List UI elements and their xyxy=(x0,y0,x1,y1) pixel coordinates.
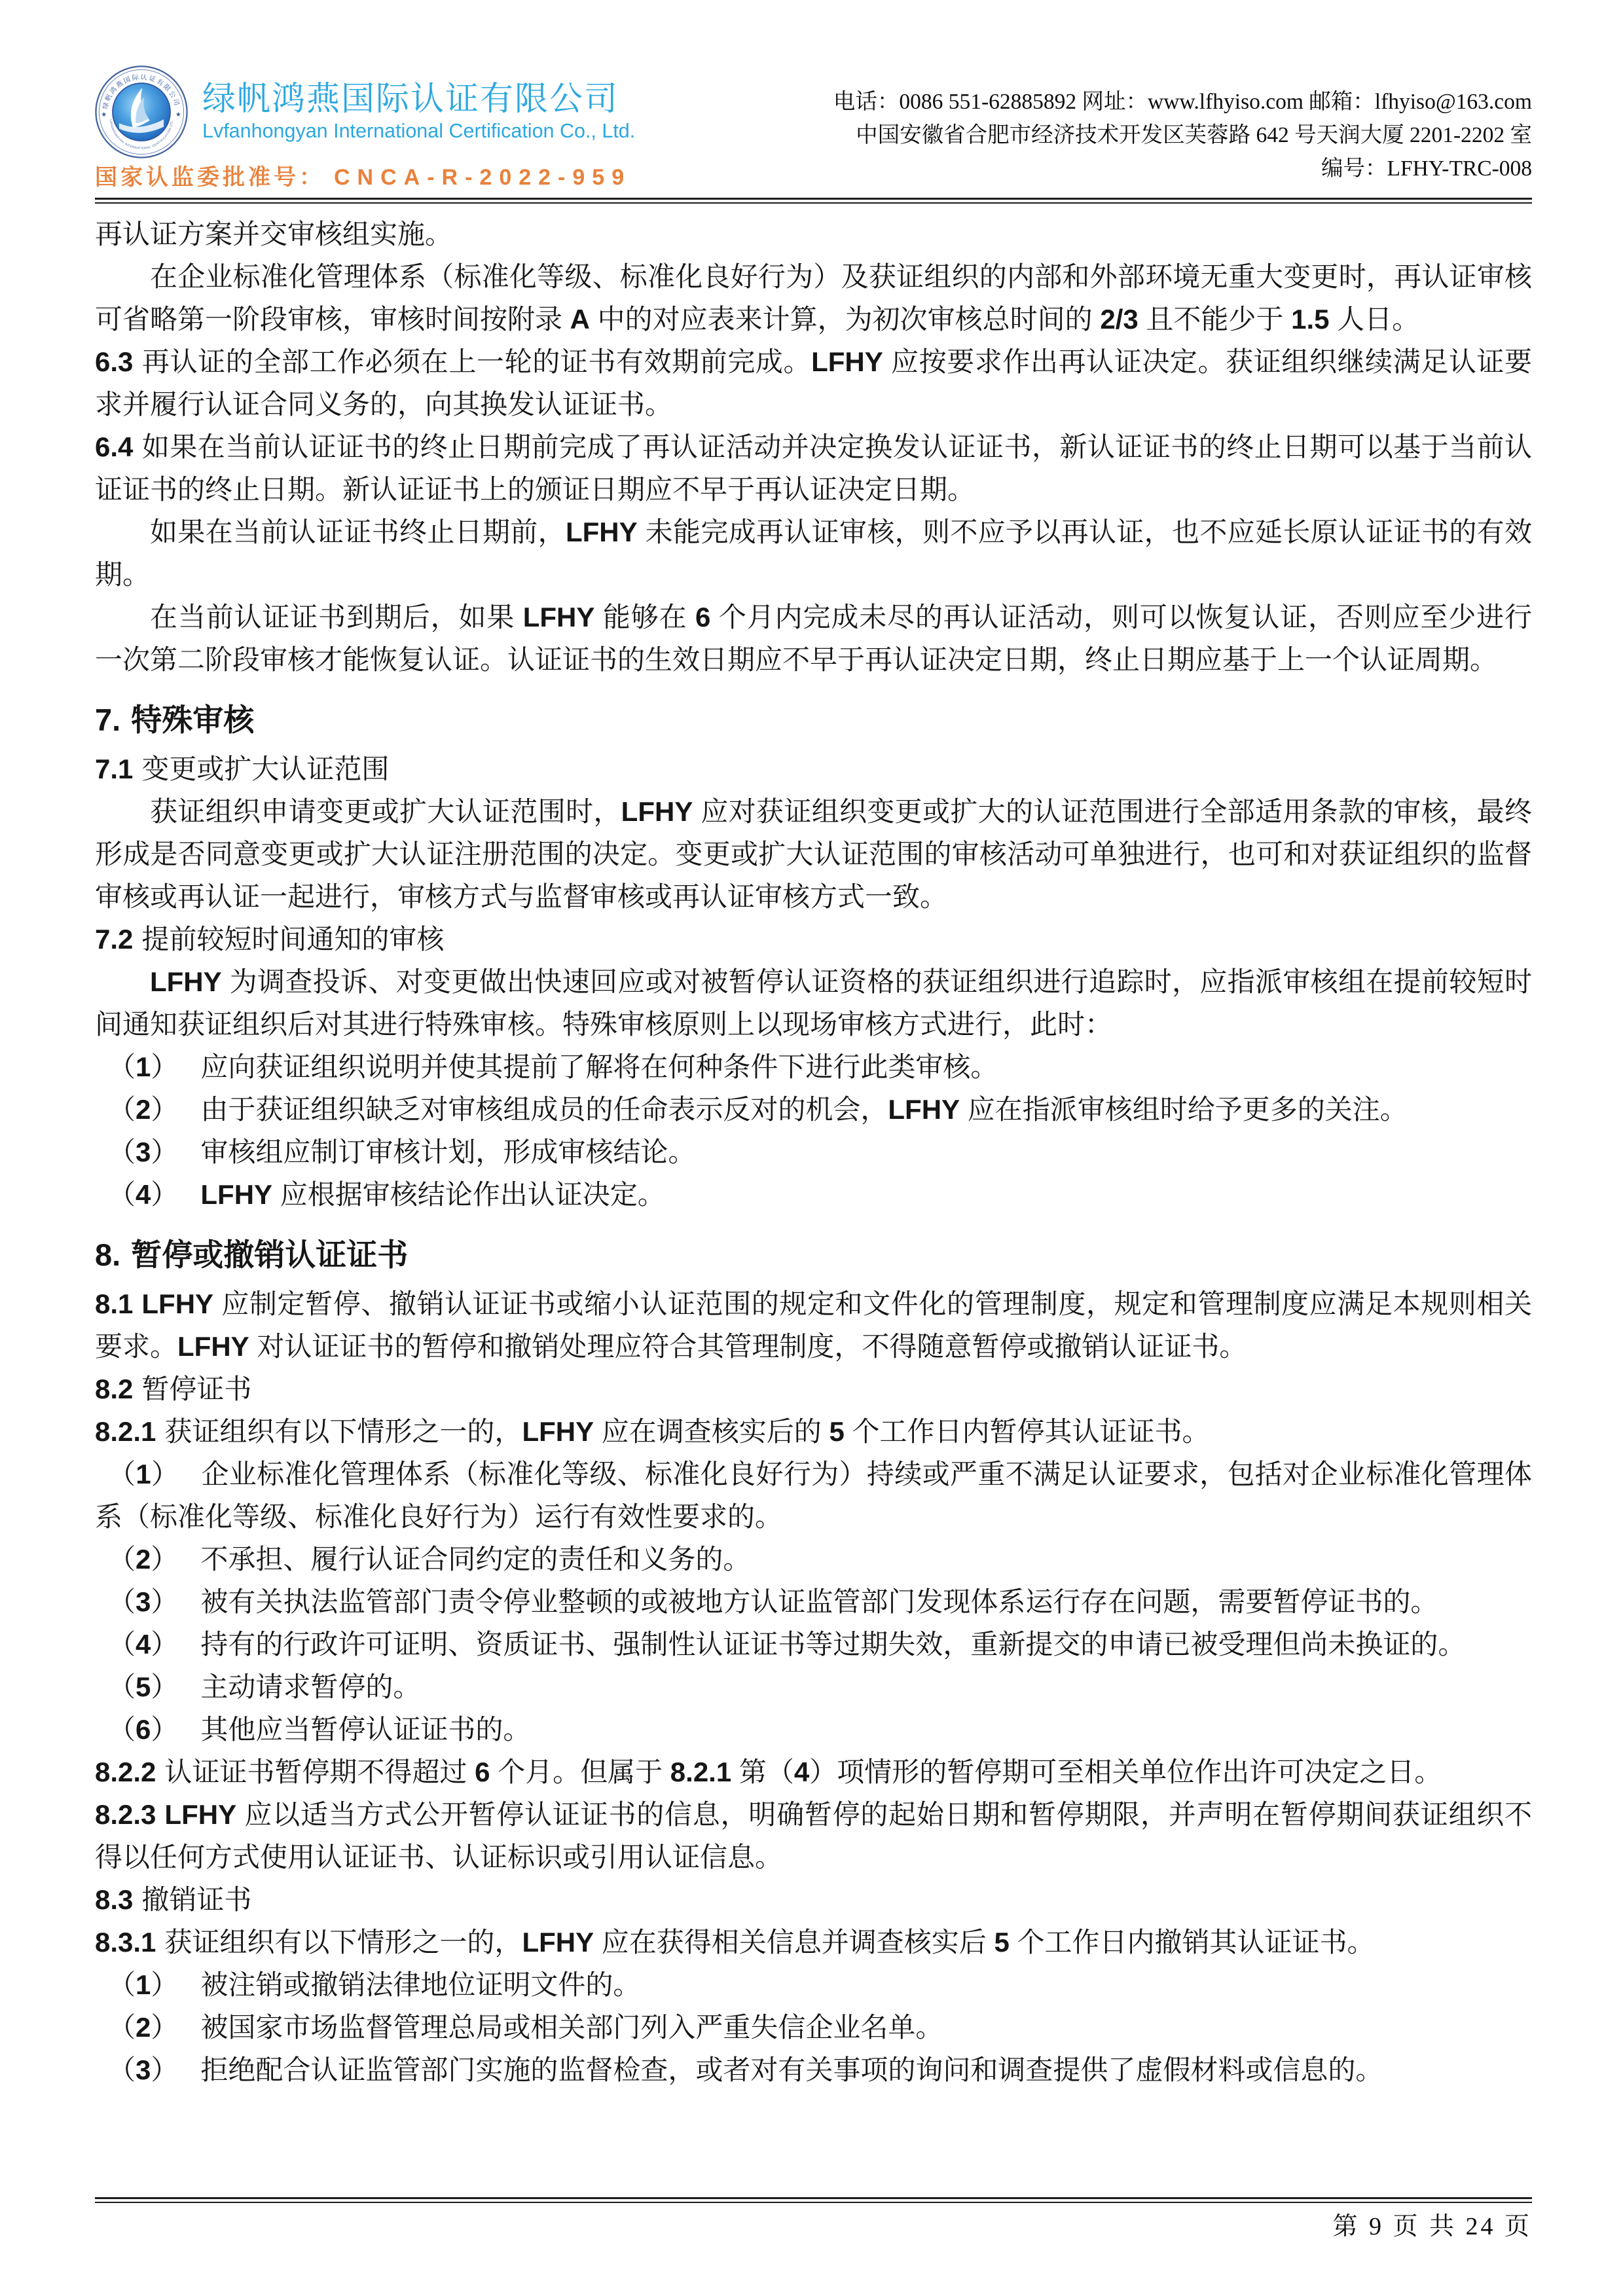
latin-run: 2/3 xyxy=(1100,304,1138,335)
latin-run: LFHY xyxy=(566,517,638,547)
list-marker: （1） xyxy=(108,1051,178,1082)
latin-run: 8.2.2 xyxy=(95,1757,156,1787)
company-name-cn: 绿帆鸿燕国际认证有限公司 xyxy=(202,80,635,118)
latin-run: 6 xyxy=(475,1757,490,1787)
latin-run: 5 xyxy=(829,1416,844,1447)
latin-run: 5 xyxy=(136,1671,151,1702)
clause-number: 8.2.3 xyxy=(95,1799,156,1830)
list-item: （5）主动请求暂停的。 xyxy=(95,1666,1532,1708)
paragraph-text: 主动请求暂停的。 xyxy=(200,1671,420,1702)
latin-run: 8.3.1 xyxy=(95,1927,156,1958)
paragraph-text: 暂停或撤销认证证书 xyxy=(131,1237,408,1272)
clause-number: 8.1 xyxy=(95,1288,133,1319)
paragraph-text: 审核组应制订审核计划，形成审核结论。 xyxy=(200,1137,695,1167)
address-line: 中国安徽省合肥市经济技术开发区芙蓉路 642 号天润大厦 2201-2202 室 xyxy=(833,118,1532,152)
paragraph: 在企业标准化管理体系（标准化等级、标准化良好行为）及获证组织的内部和外部环境无重… xyxy=(95,255,1532,340)
latin-run: 1 xyxy=(136,1051,151,1082)
latin-run: 7.1 xyxy=(95,754,133,784)
latin-run: LFHY xyxy=(523,602,595,632)
clause-number: 8.2.1 xyxy=(95,1416,156,1447)
latin-run: 2 xyxy=(136,1544,151,1575)
list-marker: （3） xyxy=(108,2054,178,2085)
company-logo: 绿帆鸿燕国际认证有限公司 LVFANHONGYAN INTERNATIONAL … xyxy=(95,65,188,158)
approval-number: CNCA-R-2022-959 xyxy=(334,165,631,190)
list-marker: （4） xyxy=(108,1179,178,1210)
list-marker: （5） xyxy=(108,1671,178,1702)
list-item: （2）由于获证组织缺乏对审核组成员的任命表示反对的机会，LFHY 应在指派审核组… xyxy=(95,1088,1532,1131)
paragraph: 8.2.2认证证书暂停期不得超过 6 个月。但属于 8.2.1 第（4）项情形的… xyxy=(95,1751,1532,1793)
latin-run: LFHY xyxy=(164,1799,236,1830)
latin-run: LFHY xyxy=(522,1416,594,1447)
latin-run: 2 xyxy=(136,1094,151,1125)
paragraph: 6.4如果在当前认证证书的终止日期前完成了再认证活动并决定换发认证证书，新认证证… xyxy=(95,426,1532,511)
clause-number: 8. xyxy=(95,1237,120,1272)
paragraph: 8.3.1获证组织有以下情形之一的，LFHY 应在获得相关信息并调查核实后 5 … xyxy=(95,1921,1532,1963)
paragraph-text: 提前较短时间通知的审核 xyxy=(141,924,444,955)
paragraph: 在当前认证证书到期后，如果 LFHY 能够在 6 个月内完成未尽的再认证活动，则… xyxy=(95,596,1532,681)
list-item: （2）被国家市场监督管理总局或相关部门列入严重失信企业名单。 xyxy=(95,2006,1532,2049)
footer-rule xyxy=(95,2197,1532,2203)
section-heading: 8.暂停或撤销认证证书 xyxy=(95,1231,1532,1279)
latin-run: LFHY xyxy=(621,796,693,827)
contact-block: 电话：0086 551-62885892 网址：www.lfhyiso.com … xyxy=(833,85,1532,185)
paragraph: 8.1LFHY 应制定暂停、撤销认证证书或缩小认证范围的规定和文件化的管理制度，… xyxy=(95,1283,1532,1368)
latin-run: 1.5 xyxy=(1291,304,1329,335)
paragraph-text: 再认证方案并交审核组实施。 xyxy=(95,219,452,249)
paragraph: 8.2.1获证组织有以下情形之一的，LFHY 应在调查核实后的 5 个工作日内暂… xyxy=(95,1410,1532,1453)
paragraph-text: 被国家市场监督管理总局或相关部门列入严重失信企业名单。 xyxy=(200,2012,943,2043)
latin-run: LFHY xyxy=(150,966,222,997)
globe-sail-badge-icon: 绿帆鸿燕国际认证有限公司 LVFANHONGYAN INTERNATIONAL … xyxy=(95,65,188,158)
paragraph: 8.2暂停证书 xyxy=(95,1368,1532,1410)
latin-run: 3 xyxy=(136,1586,151,1617)
paragraph-text: 暂停证书 xyxy=(141,1374,251,1404)
section-heading: 7.特殊审核 xyxy=(95,697,1532,744)
list-marker: （1） xyxy=(108,1459,179,1489)
latin-run: LFHY xyxy=(811,346,883,377)
header-rule xyxy=(95,198,1532,204)
paragraph-text: 特殊审核 xyxy=(131,702,254,737)
approval-number-line: 国家认监委批准号：CNCA-R-2022-959 xyxy=(95,164,635,191)
clause-number: 8.2 xyxy=(95,1374,133,1404)
paragraph-text: 如果在当前认证证书的终止日期前完成了再认证活动并决定换发认证证书，新认证证书的终… xyxy=(95,431,1532,505)
list-marker: （2） xyxy=(108,2012,178,2043)
paragraph-text: 被注销或撤销法律地位证明文件的。 xyxy=(200,1969,640,2000)
paragraph-text: 变更或扩大认证范围 xyxy=(141,754,389,784)
latin-run: 8.2 xyxy=(95,1374,133,1404)
clause-number: 7.2 xyxy=(95,924,133,955)
document-page: 绿帆鸿燕国际认证有限公司 LVFANHONGYAN INTERNATIONAL … xyxy=(0,0,1623,2296)
list-marker: （2） xyxy=(108,1544,178,1575)
paragraph-text: 在企业标准化管理体系（标准化等级、标准化良好行为）及获证组织的内部和外部环境无重… xyxy=(95,261,1532,335)
latin-run: 8.2.1 xyxy=(95,1416,156,1447)
list-item: （4）LFHY 应根据审核结论作出认证决定。 xyxy=(95,1173,1532,1216)
paragraph-text: 不承担、履行认证合同约定的责任和义务的。 xyxy=(200,1544,750,1575)
clause-number: 8.2.2 xyxy=(95,1757,156,1787)
clause-number: 7.1 xyxy=(95,754,133,784)
latin-run: 4 xyxy=(136,1179,151,1210)
page-number: 第 9 页 共 24 页 xyxy=(95,2211,1532,2242)
latin-run: 3 xyxy=(136,2054,151,2085)
paragraph-text: 拒绝配合认证监管部门实施的监督检查，或者对有关事项的询问和调查提供了虚假材料或信… xyxy=(200,2054,1383,2085)
latin-run: 6.4 xyxy=(95,431,133,462)
contact-line: 电话：0086 551-62885892 网址：www.lfhyiso.com … xyxy=(833,85,1532,118)
document-body: 再认证方案并交审核组实施。在企业标准化管理体系（标准化等级、标准化良好行为）及获… xyxy=(95,204,1532,2091)
paragraph-text: LFHY 为调查投诉、对变更做出快速回应或对被暂停认证资格的获证组织进行追踪时，… xyxy=(95,966,1532,1040)
list-marker: （6） xyxy=(108,1714,178,1745)
paragraph-text: 由于获证组织缺乏对审核组成员的任命表示反对的机会，LFHY 应在指派审核组时给予… xyxy=(200,1094,1407,1125)
star-decor-left-icon: ★ xyxy=(101,111,107,118)
paragraph: LFHY 为调查投诉、对变更做出快速回应或对被暂停认证资格的获证组织进行追踪时，… xyxy=(95,960,1532,1046)
paragraph-text: 获证组织有以下情形之一的，LFHY 应在获得相关信息并调查核实后 5 个工作日内… xyxy=(164,1927,1374,1958)
paragraph-text: 被有关执法监管部门责令停业整顿的或被地方认证监管部门发现体系运行存在问题，需要暂… xyxy=(200,1586,1438,1617)
list-marker: （1） xyxy=(108,1969,178,2000)
list-item: （3）拒绝配合认证监管部门实施的监督检查，或者对有关事项的询问和调查提供了虚假材… xyxy=(95,2049,1532,2091)
list-item: （3）审核组应制订审核计划，形成审核结论。 xyxy=(95,1131,1532,1173)
latin-run: 6.3 xyxy=(95,346,133,377)
latin-run: A xyxy=(570,304,590,335)
paragraph: 如果在当前认证证书终止日期前，LFHY 未能完成再认证审核，则不应予以再认证，也… xyxy=(95,511,1532,596)
list-marker: （2） xyxy=(108,1094,178,1125)
doc-number-line: 编号：LFHY-TRC-008 xyxy=(833,152,1532,185)
paragraph-text: 应向获证组织说明并使其提前了解将在何种条件下进行此类审核。 xyxy=(200,1051,998,1082)
latin-run: 6 xyxy=(136,1714,151,1745)
paragraph: 再认证方案并交审核组实施。 xyxy=(95,213,1532,255)
latin-run: 2 xyxy=(136,2012,151,2043)
brand-block: 绿帆鸿燕国际认证有限公司 LVFANHONGYAN INTERNATIONAL … xyxy=(95,65,635,191)
paragraph-text: LFHY 应制定暂停、撤销认证证书或缩小认证范围的规定和文件化的管理制度，规定和… xyxy=(95,1288,1532,1362)
paragraph-text: LFHY 应根据审核结论作出认证决定。 xyxy=(200,1179,665,1210)
clause-number: 8.3.1 xyxy=(95,1927,156,1958)
latin-run: 5 xyxy=(994,1927,1009,1958)
clause-number: 7. xyxy=(95,702,120,737)
clause-number: 6.3 xyxy=(95,346,133,377)
paragraph-text: 获证组织申请变更或扩大认证范围时，LFHY 应对获证组织变更或扩大的认证范围进行… xyxy=(95,796,1532,912)
list-item: （1）应向获证组织说明并使其提前了解将在何种条件下进行此类审核。 xyxy=(95,1046,1532,1088)
paragraph-text: 其他应当暂停认证证书的。 xyxy=(200,1714,530,1745)
latin-run: 4 xyxy=(136,1629,151,1660)
list-item: （1）企业标准化管理体系（标准化等级、标准化良好行为）持续或严重不满足认证要求，… xyxy=(95,1453,1532,1538)
paragraph-text: 持有的行政许可证明、资质证书、强制性认证证书等过期失效，重新提交的申请已被受理但… xyxy=(200,1629,1465,1660)
list-item: （1）被注销或撤销法律地位证明文件的。 xyxy=(95,1963,1532,2006)
paragraph-text: 认证证书暂停期不得超过 6 个月。但属于 8.2.1 第（4）项情形的暂停期可至… xyxy=(164,1757,1442,1787)
latin-run: 1 xyxy=(136,1969,151,2000)
brand-row: 绿帆鸿燕国际认证有限公司 LVFANHONGYAN INTERNATIONAL … xyxy=(95,65,635,158)
latin-run: 4 xyxy=(794,1757,809,1787)
latin-run: 8 xyxy=(95,1237,112,1272)
clause-number: 6.4 xyxy=(95,431,133,462)
latin-run: 8.2.1 xyxy=(670,1757,731,1787)
latin-run: LFHY xyxy=(177,1331,249,1362)
paragraph-text: LFHY 应以适当方式公开暂停认证证书的信息，明确暂停的起始日期和暂停期限，并声… xyxy=(95,1799,1532,1872)
company-name-en: Lvfanhongyan International Certification… xyxy=(202,118,635,144)
list-marker: （3） xyxy=(108,1586,178,1617)
paragraph: 获证组织申请变更或扩大认证范围时，LFHY 应对获证组织变更或扩大的认证范围进行… xyxy=(95,790,1532,918)
paragraph: 6.3再认证的全部工作必须在上一轮的证书有效期前完成。LFHY 应按要求作出再认… xyxy=(95,340,1532,426)
latin-run: LFHY xyxy=(888,1094,960,1125)
list-item: （2）不承担、履行认证合同约定的责任和义务的。 xyxy=(95,1538,1532,1580)
latin-run: LFHY xyxy=(141,1288,213,1319)
latin-run: 7 xyxy=(95,702,112,737)
approval-label: 国家认监委批准号： xyxy=(95,165,325,190)
list-item: （3）被有关执法监管部门责令停业整顿的或被地方认证监管部门发现体系运行存在问题，… xyxy=(95,1580,1532,1623)
paragraph-text: 在当前认证证书到期后，如果 LFHY 能够在 6 个月内完成未尽的再认证活动，则… xyxy=(95,602,1532,675)
latin-run: 8.1 xyxy=(95,1288,133,1319)
clause-number: 8.3 xyxy=(95,1884,133,1915)
paragraph: 7.2提前较短时间通知的审核 xyxy=(95,918,1532,960)
paragraph: 8.3撤销证书 xyxy=(95,1878,1532,1921)
latin-run: 8.2.3 xyxy=(95,1799,156,1830)
latin-run: LFHY xyxy=(522,1927,594,1958)
company-names: 绿帆鸿燕国际认证有限公司 Lvfanhongyan International … xyxy=(202,80,635,144)
paragraph-text: 获证组织有以下情形之一的，LFHY 应在调查核实后的 5 个工作日内暂停其认证证… xyxy=(164,1416,1209,1447)
latin-run: 1 xyxy=(136,1459,151,1489)
paragraph-text: 如果在当前认证证书终止日期前，LFHY 未能完成再认证审核，则不应予以再认证，也… xyxy=(95,517,1532,590)
paragraph: 7.1变更或扩大认证范围 xyxy=(95,748,1532,790)
list-item: （4）持有的行政许可证明、资质证书、强制性认证证书等过期失效，重新提交的申请已被… xyxy=(95,1623,1532,1666)
latin-run: 8.3 xyxy=(95,1884,133,1915)
latin-run: 7.2 xyxy=(95,924,133,955)
list-marker: （4） xyxy=(108,1629,178,1660)
document-footer: 第 9 页 共 24 页 xyxy=(95,2197,1532,2242)
paragraph-text: 企业标准化管理体系（标准化等级、标准化良好行为）持续或严重不满足认证要求，包括对… xyxy=(95,1459,1532,1532)
latin-run: 6 xyxy=(695,602,710,632)
latin-run: LFHY xyxy=(200,1179,272,1210)
list-item: （6）其他应当暂停认证证书的。 xyxy=(95,1708,1532,1751)
latin-run: 3 xyxy=(136,1137,151,1167)
star-decor-right-icon: ★ xyxy=(175,111,181,118)
paragraph: 8.2.3LFHY 应以适当方式公开暂停认证证书的信息，明确暂停的起始日期和暂停… xyxy=(95,1793,1532,1878)
letterhead: 绿帆鸿燕国际认证有限公司 LVFANHONGYAN INTERNATIONAL … xyxy=(95,0,1532,191)
paragraph-text: 撤销证书 xyxy=(141,1884,251,1915)
paragraph-text: 再认证的全部工作必须在上一轮的证书有效期前完成。LFHY 应按要求作出再认证决定… xyxy=(95,346,1532,420)
list-marker: （3） xyxy=(108,1137,178,1167)
